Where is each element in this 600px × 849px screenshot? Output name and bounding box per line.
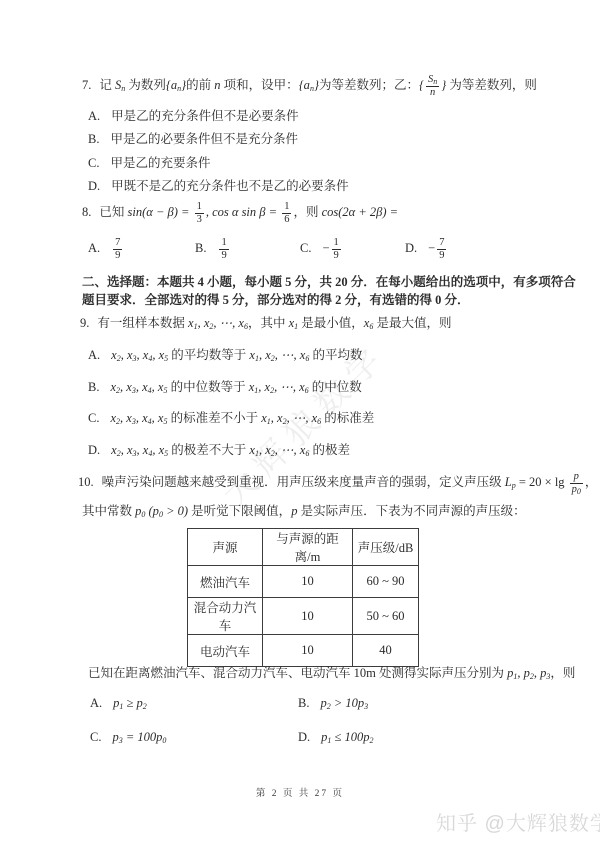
text-segment: cos(2α + 2β) = (322, 205, 399, 219)
question-8-stem: 8.已知 sin(α − β) = 13, cos α sin β = 16，则… (82, 197, 398, 227)
question-8-number: 8. (82, 205, 91, 219)
text-segment: 是听觉下限阈值， (188, 504, 291, 518)
option-label: A. (90, 696, 102, 710)
fraction: 79 (113, 237, 122, 261)
option-value: −19 (322, 241, 342, 255)
text-segment: x1, x2, ⋯, x6 (261, 411, 321, 425)
option-text: 甲是乙的充分条件但不是必要条件 (111, 109, 299, 123)
question-9-option-a: A.x2, x3, x4, x5 的平均数等于 x1, x2, ⋯, x6 的平… (88, 347, 363, 363)
text-segment: ，其中 (248, 316, 289, 330)
text-segment: 为数列 (125, 78, 166, 92)
text-segment: − (322, 241, 329, 255)
text-segment: 的平均数 (309, 348, 362, 362)
text-segment: x1, x2, ⋯, x6 (249, 443, 309, 457)
text-segment: x2, x3, x4, x5 (110, 411, 167, 425)
text-segment: ，则 (550, 666, 575, 680)
text-segment: 噪声污染问题越来越受到重视．用声压级来度量声音的强弱，定义声压级 (102, 475, 505, 489)
option-label: D. (298, 730, 310, 744)
option-text: 甲是乙的必要条件但不是充分条件 (110, 132, 298, 146)
question-9-text: 有一组样本数据 x1, x2, ⋯, x6，其中 x1 是最小值，x6 是最大值… (97, 316, 451, 330)
option-label: C. (300, 241, 311, 255)
text-segment: 的前 (186, 78, 214, 92)
text-segment: 的中位数等于 (167, 380, 248, 394)
table-row: 混合动力汽车1050 ~ 60 (188, 598, 419, 635)
table-row: 电动汽车1040 (188, 635, 419, 667)
fraction: 79 (437, 237, 446, 261)
question-10-option-b: B.p2 > 10p3 (298, 695, 368, 711)
text-segment: 是实际声压．下表为不同声源的声压级： (297, 504, 525, 518)
question-10-number: 10. (78, 475, 94, 489)
option-label: B. (195, 241, 206, 255)
table-cell: 燃油汽车 (188, 566, 263, 598)
option-label: C. (88, 411, 99, 425)
text-segment: x1 (289, 316, 299, 330)
text-segment: ， (585, 475, 598, 489)
option-text: x2, x3, x4, x5 的标准差不小于 x1, x2, ⋯, x6 的标准… (110, 411, 374, 425)
text-segment: sin(α − β) = (128, 205, 193, 219)
text-segment: , cos α sin β = (206, 205, 280, 219)
text-segment: 已知 (99, 205, 127, 219)
option-text: 甲是乙的充要条件 (110, 156, 210, 170)
question-9-option-d: D.x2, x3, x4, x5 的极差不大于 x1, x2, ⋯, x6 的极… (88, 442, 350, 458)
question-7-option-d: D.甲既不是乙的充分条件也不是乙的必要条件 (88, 178, 349, 194)
text-segment: Sn (115, 78, 125, 92)
option-text: x2, x3, x4, x5 的平均数等于 x1, x2, ⋯, x6 的平均数 (111, 348, 362, 362)
option-text: x2, x3, x4, x5 的极差不大于 x1, x2, ⋯, x6 的极差 (111, 443, 350, 457)
question-9-option-b: B.x2, x3, x4, x5 的中位数等于 x1, x2, ⋯, x6 的中… (88, 379, 362, 395)
option-text: p1 ≤ 100p2 (321, 730, 373, 744)
text-segment: 是最大值，则 (373, 316, 451, 330)
question-7-option-c: C.甲是乙的充要条件 (88, 155, 210, 171)
option-label: D. (88, 179, 100, 193)
question-8-option-c: C.−19 (300, 233, 343, 263)
table-cell: 电动汽车 (188, 635, 263, 667)
table-row: 燃油汽车1060 ~ 90 (188, 566, 419, 598)
option-text: p3 = 100p0 (112, 730, 166, 744)
table-cell: 50 ~ 60 (353, 598, 419, 635)
text-segment: 其中常数 (82, 504, 135, 518)
option-label: B. (298, 696, 309, 710)
text-segment: x2, x3, x4, x5 (110, 380, 167, 394)
question-8-option-a: A.79 (88, 233, 124, 263)
text-segment: − (428, 241, 435, 255)
zhihu-watermark: 知乎 @大辉狼数学 (436, 807, 600, 836)
text-segment: p1 ≤ 100p2 (321, 730, 373, 744)
option-label: C. (88, 156, 99, 170)
text-segment: 为等差数列；乙： (319, 78, 419, 92)
option-value: 19 (217, 241, 230, 255)
option-text: x2, x3, x4, x5 的中位数等于 x1, x2, ⋯, x6 的中位数 (110, 380, 361, 394)
section-2-header-line-1: 二、选择题：本题共 4 小题，每小题 5 分，共 20 分．在每小题给出的选项中… (82, 274, 576, 290)
question-10-text: 噪声污染问题越来越受到重视．用声压级来度量声音的强弱，定义声压级 Lp = 20… (102, 475, 598, 489)
text-segment: p1, p2, p3 (507, 666, 550, 680)
text-segment: x2, x3, x4, x5 (111, 348, 168, 362)
option-text: p1 ≥ p2 (113, 696, 147, 710)
text-segment: p2 > 10p3 (320, 696, 368, 710)
text-segment: x1, x2, ⋯, x6 (249, 348, 309, 362)
text-segment: 记 (99, 78, 115, 92)
text-segment: Lp (505, 475, 516, 489)
table-cell: 混合动力汽车 (188, 598, 263, 635)
option-label: B. (88, 380, 99, 394)
option-label: C. (90, 730, 101, 744)
text-segment: { (419, 78, 424, 92)
text-segment: 是最小值， (298, 316, 364, 330)
sound-pressure-table: 声源与声源的距离/m声压级/dB 燃油汽车1060 ~ 90混合动力汽车1050… (187, 528, 419, 667)
question-7-number: 7. (82, 78, 91, 92)
question-8-option-b: B.19 (195, 233, 231, 263)
exam-page: 大辉狼数学 7.记 Sn 为数列{an}的前 n 项和，设甲：{an}为等差数列… (0, 0, 600, 849)
question-7-option-b: B.甲是乙的必要条件但不是充分条件 (88, 131, 298, 147)
table-cell: 60 ~ 90 (353, 566, 419, 598)
text-segment: 为等差数列，则 (446, 78, 537, 92)
option-label: B. (88, 132, 99, 146)
text-segment: p0 (p0 > 0) (135, 504, 188, 518)
text-segment: x2, x3, x4, x5 (111, 443, 168, 457)
question-10-after-table: 已知在距离燃油汽车、混合动力汽车、电动汽车 10m 处测得实际声压分别为 p1,… (88, 665, 575, 681)
question-7-option-a: A.甲是乙的充分条件但不是必要条件 (88, 108, 299, 124)
text-segment: p3 = 100p0 (112, 730, 166, 744)
fraction: 13 (195, 201, 204, 225)
table-cell: 10 (263, 635, 353, 667)
table-header-row: 声源与声源的距离/m声压级/dB (188, 529, 419, 566)
fraction: 19 (332, 237, 341, 261)
text-segment: 的极差不大于 (168, 443, 249, 457)
option-label: D. (88, 443, 100, 457)
option-label: A. (88, 348, 100, 362)
section-2-header-line-2: 题目要求．全部选对的得 5 分，部分选对的得 2 分，有选错的得 0 分． (82, 292, 470, 308)
table-cell: 10 (263, 566, 353, 598)
text-segment: 已知在距离燃油汽车、混合动力汽车、电动汽车 10m 处测得实际声压分别为 (88, 666, 507, 680)
text-segment: p1 ≥ p2 (113, 696, 147, 710)
option-text: p2 > 10p3 (320, 696, 368, 710)
text-segment: {an} (166, 78, 186, 92)
question-10-stem-line-1: 10.噪声污染问题越来越受到重视．用声压级来度量声音的强弱，定义声压级 Lp =… (78, 467, 597, 497)
text-segment: 的平均数等于 (168, 348, 249, 362)
text-segment: x1, x2, ⋯, x6 (249, 380, 309, 394)
text-segment: x1, x2, ⋯, x6 (188, 316, 248, 330)
fraction: 19 (219, 237, 228, 261)
text-segment: {an} (299, 78, 319, 92)
table-header-cell: 声源 (188, 529, 263, 566)
text-segment: = 20 × lg (516, 475, 568, 489)
question-10-stem-line-2: 其中常数 p0 (p0 > 0) 是听觉下限阈值，p 是实际声压．下表为不同声源… (82, 503, 526, 519)
option-value: −79 (428, 241, 448, 255)
text-segment: 的标准差不小于 (167, 411, 261, 425)
question-7-stem: 7.记 Sn 为数列{an}的前 n 项和，设甲：{an}为等差数列；乙：{Sn… (82, 70, 537, 100)
question-8-option-d: D.−79 (405, 233, 448, 263)
option-label: A. (88, 109, 100, 123)
text-segment: 有一组样本数据 (97, 316, 188, 330)
question-10-option-a: A.p1 ≥ p2 (90, 695, 147, 711)
text-segment: 的中位数 (309, 380, 362, 394)
fraction: 16 (282, 201, 291, 225)
text-segment: ，则 (293, 205, 321, 219)
question-9-number: 9. (80, 316, 89, 330)
question-10-option-d: D.p1 ≤ 100p2 (298, 729, 374, 745)
text-segment: x6 (364, 316, 374, 330)
question-9-stem: 9.有一组样本数据 x1, x2, ⋯, x6，其中 x1 是最小值，x6 是最… (80, 315, 452, 331)
text-segment: 的标准差 (321, 411, 374, 425)
question-7-text: 记 Sn 为数列{an}的前 n 项和，设甲：{an}为等差数列；乙：{Snn}… (99, 78, 536, 92)
table-cell: 40 (353, 635, 419, 667)
table-cell: 10 (263, 598, 353, 635)
text-segment: 项和，设甲： (221, 78, 299, 92)
page-number-footer: 第 2 页 共 27 页 (0, 785, 600, 799)
fraction: Snn (426, 74, 439, 98)
question-8-text: 已知 sin(α − β) = 13, cos α sin β = 16，则 c… (99, 205, 398, 219)
table-header-cell: 与声源的距离/m (263, 529, 353, 566)
text-segment: 的极差 (309, 443, 350, 457)
table-header-cell: 声压级/dB (353, 529, 419, 566)
option-label: A. (88, 241, 100, 255)
option-label: D. (405, 241, 417, 255)
question-9-option-c: C.x2, x3, x4, x5 的标准差不小于 x1, x2, ⋯, x6 的… (88, 410, 374, 426)
question-10-option-c: C.p3 = 100p0 (90, 729, 166, 745)
option-value: 79 (111, 241, 124, 255)
option-text: 甲既不是乙的充分条件也不是乙的必要条件 (111, 179, 349, 193)
fraction: pp0 (570, 471, 583, 495)
